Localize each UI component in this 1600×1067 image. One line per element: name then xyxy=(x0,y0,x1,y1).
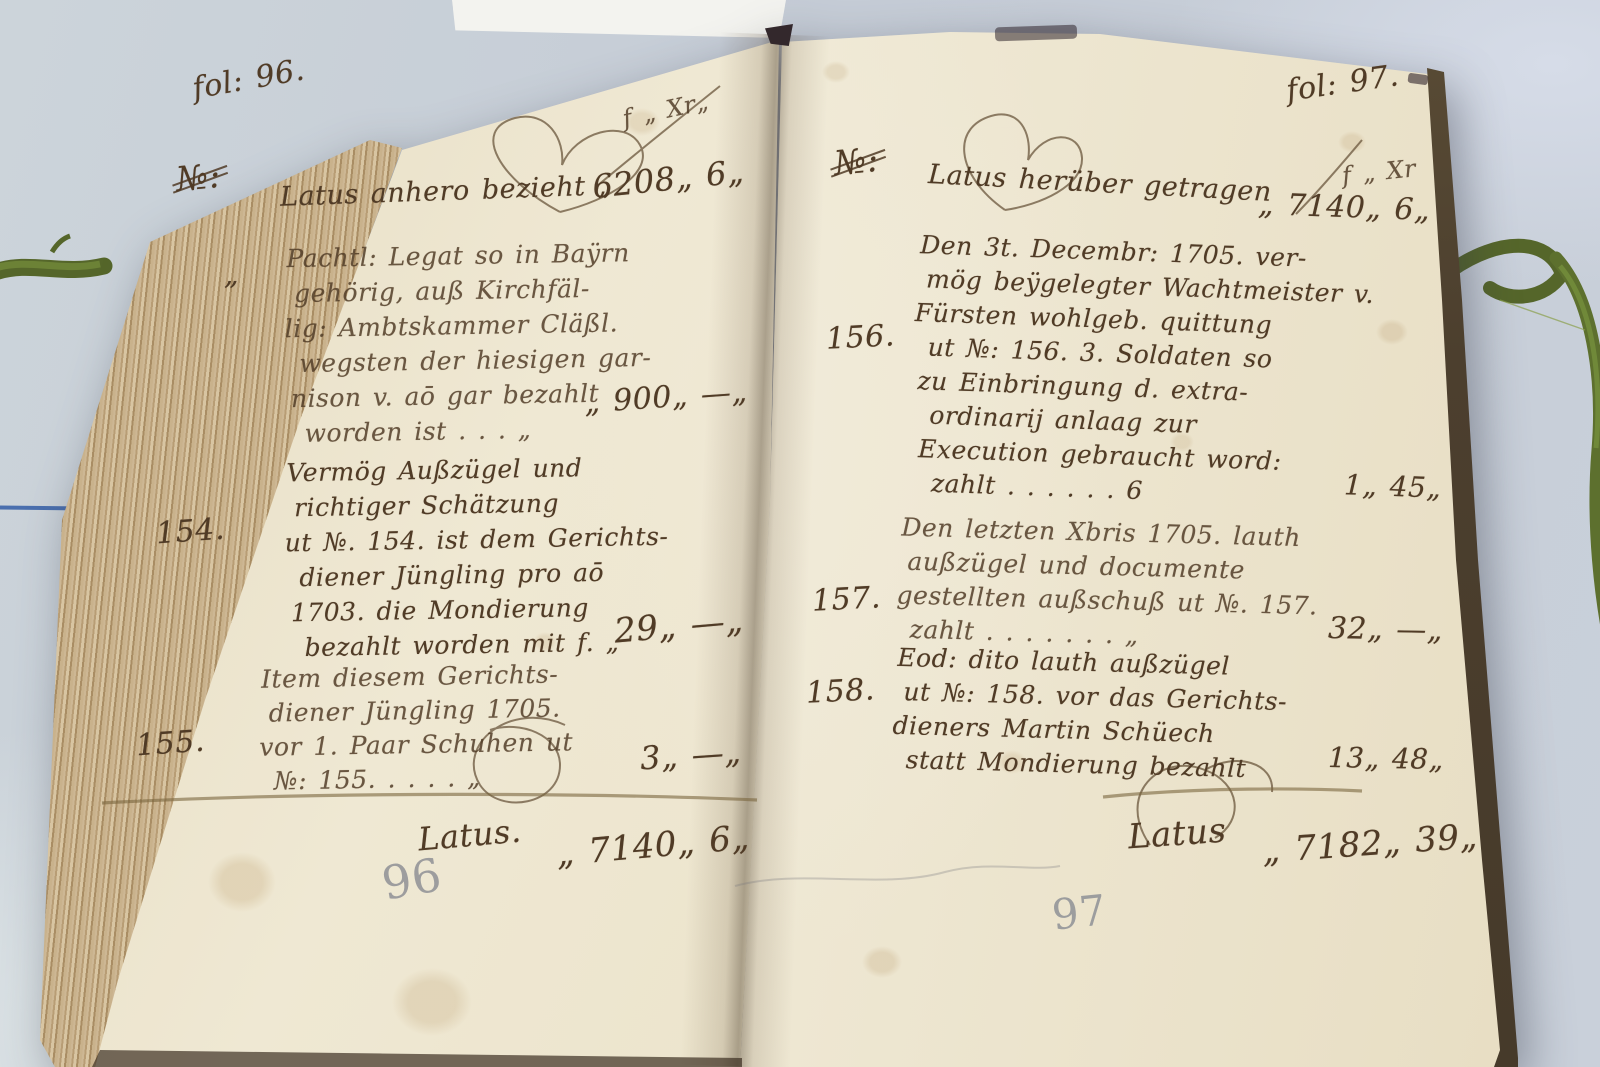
numero-mark-left: №: xyxy=(174,156,223,200)
entry-amount: 32„ —„ xyxy=(1328,611,1443,648)
entry-amount: 13„ 48„ xyxy=(1328,741,1444,776)
entry-number-158: 158. xyxy=(805,672,876,711)
ledger-entry-156: Den 3t. Decembr: 1705. ver- mög beÿgeleg… xyxy=(911,228,1375,516)
ledger-entry-158: Eod: dito lauth außzügel ut №: 158. vor … xyxy=(894,641,1288,787)
pencil-page-number-96: 96 xyxy=(378,847,446,911)
entry-margin-mark: „ xyxy=(224,258,239,291)
ledger-entry-155: Item diesem Gerichts- diener Jüngling 17… xyxy=(261,657,574,798)
entry-number-157: 157. xyxy=(811,580,882,619)
photo-of-ledger: fol: 96. f „ Xr„ №: Latus anhero bezieht… xyxy=(0,0,1600,1067)
ledger-entry-154: Vermög Außzügel und richtiger Schätzung … xyxy=(286,449,670,666)
entry-number-156: 156. xyxy=(825,318,896,357)
entry-number-155: 155. xyxy=(135,724,206,764)
numero-mark-right: №: xyxy=(832,140,881,184)
entry-amount: 1„ 45„ xyxy=(1343,468,1441,504)
latus-bottom-label-right: Latus xyxy=(1127,811,1228,858)
latus-carried-amount-right: „ 7140„ 6„ xyxy=(1257,187,1430,228)
entry-amount: 3„ —„ xyxy=(639,733,743,778)
pencil-page-number-97: 97 xyxy=(1050,885,1109,939)
entry-number-154: 154. xyxy=(155,512,226,552)
top-edge-smudge xyxy=(995,25,1077,42)
ledger-entry-157: Den letzten Xbris 1705. lauth außzügel u… xyxy=(898,511,1319,658)
